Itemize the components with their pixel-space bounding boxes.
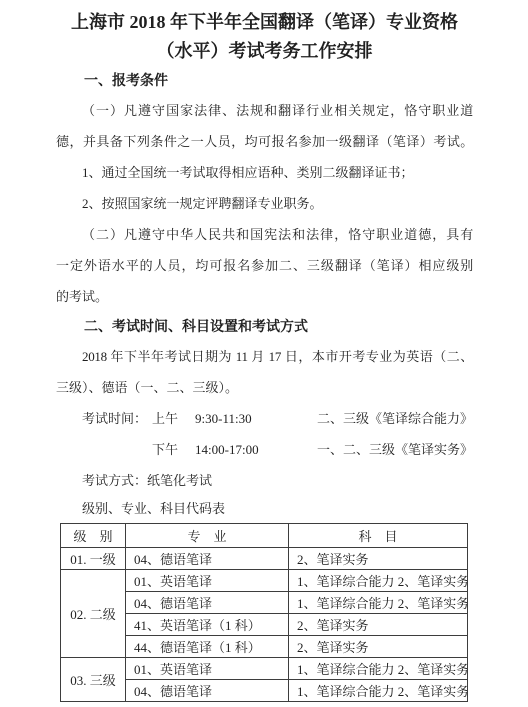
subject-cell: 2、笔译实务 [289, 614, 468, 636]
major-cell: 01、英语笔译 [126, 658, 289, 680]
exam-mode-line: 考试方式：纸笔化考试 [56, 465, 473, 496]
level-major-subject-code-table: 级 别 专 业 科 目 01. 一级 04、德语笔译 2、笔译实务 02. 二级… [60, 523, 468, 702]
table-row: 03. 三级 01、英语笔译 1、笔译综合能力 2、笔译实务 [61, 658, 468, 680]
level-cell: 03. 三级 [61, 658, 126, 702]
section-2-heading: 二、考试时间、科目设置和考试方式 [56, 315, 473, 341]
list-item-2: 2、按照国家统一规定评聘翻译专业职务。 [56, 188, 473, 219]
paragraph-eligibility-2: （二）凡遵守中华人民共和国宪法和法律，恪守职业道德，具有 一定外语水平的人员，均… [56, 219, 473, 312]
session-period: 下午 [147, 434, 195, 465]
major-cell: 04、德语笔译 [126, 680, 289, 702]
session-subjects: 二、三级《笔译综合能力》 [317, 403, 473, 434]
exam-time-label: 考试时间： [82, 403, 147, 465]
major-cell: 04、德语笔译 [126, 592, 289, 614]
exam-time-block: 考试时间： 上午 9:30-11:30 二、三级《笔译综合能力》 下午 14:0… [56, 403, 473, 465]
table-row: 02. 二级 01、英语笔译 1、笔译综合能力 2、笔译实务 [61, 570, 468, 592]
header-level: 级 别 [61, 524, 126, 548]
subject-cell: 1、笔译综合能力 2、笔译实务 [289, 658, 468, 680]
subject-cell: 1、笔译综合能力 2、笔译实务 [289, 680, 468, 702]
level-cell: 02. 二级 [61, 570, 126, 658]
level-cell: 01. 一级 [61, 548, 126, 570]
major-cell: 01、英语笔译 [126, 570, 289, 592]
list-item-1: 1、通过全国统一考试取得相应语种、类别二级翻译证书； [56, 157, 473, 188]
header-major: 专 业 [126, 524, 289, 548]
paragraph-eligibility-1: （一）凡遵守国家法律、法规和翻译行业相关规定，恪守职业道 德，并具备下列条件之一… [56, 95, 473, 157]
exam-session-row: 上午 9:30-11:30 二、三级《笔译综合能力》 [147, 403, 473, 434]
document-page: 上海市 2018 年下半年全国翻译（笔译）专业资格 （水平）考试考务工作安排 一… [0, 0, 528, 702]
paragraph-line: （一）凡遵守国家法律、法规和翻译行业相关规定，恪守职业道 [56, 95, 473, 126]
paragraph-line: 三级）、德语（一、二、三级）。 [56, 372, 473, 403]
paragraph-line: 2018 年下半年考试日期为 11 月 17 日，本市开考专业为英语（二、 [56, 341, 473, 372]
paragraph-line: （二）凡遵守中华人民共和国宪法和法律，恪守职业道德，具有 [56, 219, 473, 250]
paragraph-line: 一定外语水平的人员，均可报名参加二、三级翻译（笔译）相应级别 [56, 250, 473, 281]
subject-cell: 1、笔译综合能力 2、笔译实务 [289, 592, 468, 614]
subject-cell: 2、笔译实务 [289, 548, 468, 570]
session-time: 14:00-17:00 [195, 434, 259, 465]
title-line-1: 上海市 2018 年下半年全国翻译（笔译）专业资格 [56, 8, 473, 37]
subject-cell: 2、笔译实务 [289, 636, 468, 658]
major-cell: 41、英语笔译（1 科） [126, 614, 289, 636]
exam-time-rows: 上午 9:30-11:30 二、三级《笔译综合能力》 下午 14:00-17:0… [147, 403, 473, 465]
code-table-caption: 级别、专业、科目代码表 [56, 496, 473, 522]
subject-cell: 1、笔译综合能力 2、笔译实务 [289, 570, 468, 592]
paragraph-line: 德，并具备下列条件之一人员，均可报名参加一级翻译（笔译）考试。 [56, 126, 473, 157]
major-cell: 44、德语笔译（1 科） [126, 636, 289, 658]
paragraph-line: 的考试。 [56, 281, 473, 312]
table-row: 01. 一级 04、德语笔译 2、笔译实务 [61, 548, 468, 570]
session-subjects: 一、二、三级《笔译实务》 [317, 434, 473, 465]
title-line-2: （水平）考试考务工作安排 [56, 37, 473, 66]
section-1-heading: 一、报考条件 [56, 69, 473, 95]
exam-session-row: 下午 14:00-17:00 一、二、三级《笔译实务》 [147, 434, 473, 465]
header-subject: 科 目 [289, 524, 468, 548]
major-cell: 04、德语笔译 [126, 548, 289, 570]
table-header-row: 级 别 专 业 科 目 [61, 524, 468, 548]
paragraph-exam-date: 2018 年下半年考试日期为 11 月 17 日，本市开考专业为英语（二、 三级… [56, 341, 473, 403]
document-title: 上海市 2018 年下半年全国翻译（笔译）专业资格 （水平）考试考务工作安排 [56, 8, 473, 66]
session-time: 9:30-11:30 [195, 403, 252, 434]
session-period: 上午 [147, 403, 195, 434]
